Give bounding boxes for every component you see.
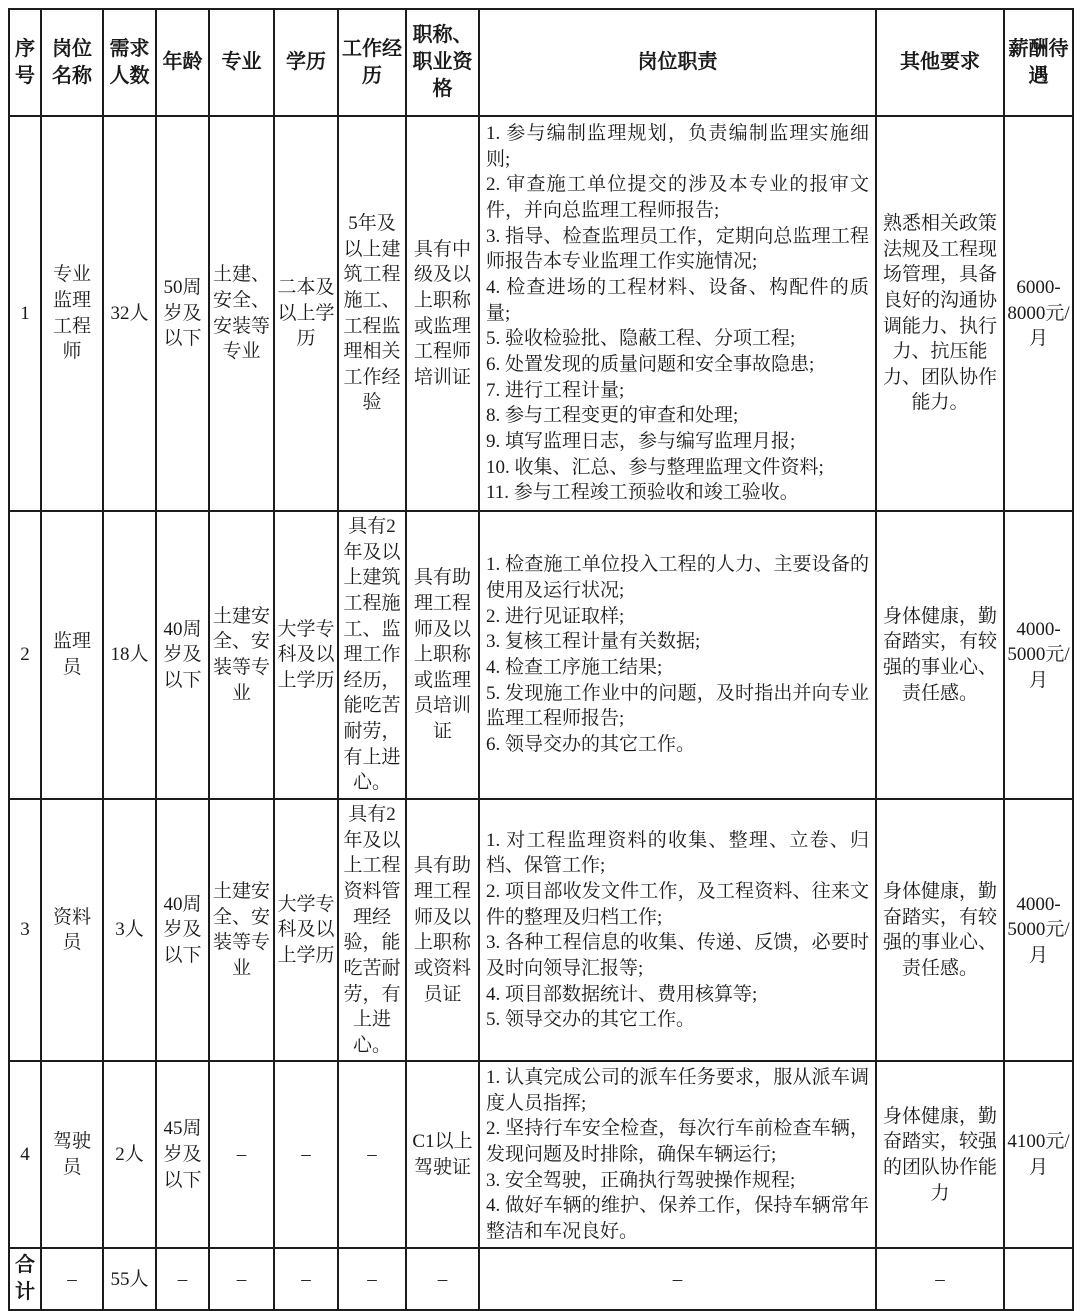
cell-experience: – — [338, 1061, 406, 1248]
cell-experience: 5年及以上建筑工程施工、工程监理相关工作经验 — [338, 116, 406, 511]
cell-qualification: 具有助理工程师及以上职称或监理员培训证 — [406, 511, 479, 799]
cell-duties: 1. 检查施工单位投入工程的人力、主要设备的使用及运行状况; 2. 进行见证取样… — [479, 511, 876, 799]
col-header-other: 其他要求 — [876, 9, 1004, 116]
col-header-position: 岗位名称 — [41, 9, 103, 116]
col-header-qualification: 职称、职业资格 — [406, 9, 479, 116]
cell-major: – — [209, 1248, 274, 1310]
recruitment-table-sheet: 序号 岗位名称 需求人数 年龄 专业 学历 工作经历 职称、职业资格 岗位职责 … — [0, 0, 1080, 1311]
cell-qualification: 具有中级及以上职称或监理工程师培训证 — [406, 116, 479, 511]
cell-duties: 1. 参与编制监理规划，负责编制监理实施细则; 2. 审查施工单位提交的涉及本专… — [479, 116, 876, 511]
cell-seq: 1 — [9, 116, 41, 511]
cell-age: 45周岁及以下 — [156, 1061, 209, 1248]
table-row-2: 2 监理员 18人 40周岁及以下 土建安全、安装等专业 大学专科及以上学历 具… — [9, 511, 1073, 799]
cell-salary: 4000-5000元/月 — [1004, 511, 1073, 799]
cell-education: 大学专科及以上学历 — [274, 511, 338, 799]
cell-age: 50周岁及以下 — [156, 116, 209, 511]
cell-qualification: – — [406, 1248, 479, 1310]
cell-major: 土建安全、安装等专业 — [209, 511, 274, 799]
cell-headcount: 18人 — [103, 511, 156, 799]
job-positions-table: 序号 岗位名称 需求人数 年龄 专业 学历 工作经历 职称、职业资格 岗位职责 … — [8, 8, 1074, 1311]
header-row: 序号 岗位名称 需求人数 年龄 专业 学历 工作经历 职称、职业资格 岗位职责 … — [9, 9, 1073, 116]
col-header-education: 学历 — [274, 9, 338, 116]
cell-major: – — [209, 1061, 274, 1248]
cell-salary: 6000-8000元/月 — [1004, 116, 1073, 511]
cell-seq-total: 合计 — [9, 1248, 41, 1310]
cell-seq: 2 — [9, 511, 41, 799]
cell-major: 土建、安全、安装等专业 — [209, 116, 274, 511]
cell-other: 身体健康，勤奋踏实，有较强的事业心、责任感。 — [876, 511, 1004, 799]
table-row-3: 3 资料员 3人 40周岁及以下 土建安全、安装等专业 大学专科及以上学历 具有… — [9, 799, 1073, 1061]
cell-position: 监理员 — [41, 511, 103, 799]
cell-age: 40周岁及以下 — [156, 799, 209, 1061]
cell-qualification: 具有助理工程师及以上职称或资料员证 — [406, 799, 479, 1061]
col-header-age: 年龄 — [156, 9, 209, 116]
table-row-1: 1 专业监理工程师 32人 50周岁及以下 土建、安全、安装等专业 二本及以上学… — [9, 116, 1073, 511]
cell-major: 土建安全、安装等专业 — [209, 799, 274, 1061]
col-header-salary: 薪酬待遇 — [1004, 9, 1073, 116]
cell-experience: 具有2年及以上工程资料管理经验，能吃苦耐劳，有上进心。 — [338, 799, 406, 1061]
cell-headcount: 2人 — [103, 1061, 156, 1248]
cell-duties: – — [479, 1248, 876, 1310]
cell-qualification: C1以上驾驶证 — [406, 1061, 479, 1248]
cell-position: 专业监理工程师 — [41, 116, 103, 511]
cell-experience: 具有2年及以上建筑工程施工、监理工作经历，能吃苦耐劳，有上进心。 — [338, 511, 406, 799]
col-header-experience: 工作经历 — [338, 9, 406, 116]
cell-seq: 4 — [9, 1061, 41, 1248]
cell-headcount: 3人 — [103, 799, 156, 1061]
cell-education: 二本及以上学历 — [274, 116, 338, 511]
table-row-total: 合计 – 55人 – – – – – – – — [9, 1248, 1073, 1310]
cell-other: 身体健康，勤奋踏实，有较强的事业心、责任感。 — [876, 799, 1004, 1061]
col-header-duties: 岗位职责 — [479, 9, 876, 116]
cell-age: 40周岁及以下 — [156, 511, 209, 799]
cell-other: 熟悉相关政策法规及工程现场管理，具备良好的沟通协调能力、执行力、抗压能力、团队协… — [876, 116, 1004, 511]
cell-salary: 4000-5000元/月 — [1004, 799, 1073, 1061]
cell-other: 身体健康，勤奋踏实，较强的团队协作能力 — [876, 1061, 1004, 1248]
col-header-headcount: 需求人数 — [103, 9, 156, 116]
cell-education: 大学专科及以上学历 — [274, 799, 338, 1061]
cell-other: – — [876, 1248, 1004, 1310]
cell-position: – — [41, 1248, 103, 1310]
cell-seq: 3 — [9, 799, 41, 1061]
cell-duties: 1. 认真完成公司的派车任务要求，服从派车调度人员指挥; 2. 坚持行车安全检查… — [479, 1061, 876, 1248]
cell-experience: – — [338, 1248, 406, 1310]
col-header-major: 专业 — [209, 9, 274, 116]
cell-education: – — [274, 1248, 338, 1310]
cell-headcount-total: 55人 — [103, 1248, 156, 1310]
cell-position: 驾驶员 — [41, 1061, 103, 1248]
cell-headcount: 32人 — [103, 116, 156, 511]
cell-salary: 4100元/月 — [1004, 1061, 1073, 1248]
cell-education: – — [274, 1061, 338, 1248]
cell-age: – — [156, 1248, 209, 1310]
col-header-seq: 序号 — [9, 9, 41, 116]
cell-position: 资料员 — [41, 799, 103, 1061]
cell-duties: 1. 对工程监理资料的收集、整理、立卷、归档、保管工作; 2. 项目部收发文件工… — [479, 799, 876, 1061]
table-row-4: 4 驾驶员 2人 45周岁及以下 – – – C1以上驾驶证 1. 认真完成公司… — [9, 1061, 1073, 1248]
cell-salary — [1004, 1248, 1073, 1310]
